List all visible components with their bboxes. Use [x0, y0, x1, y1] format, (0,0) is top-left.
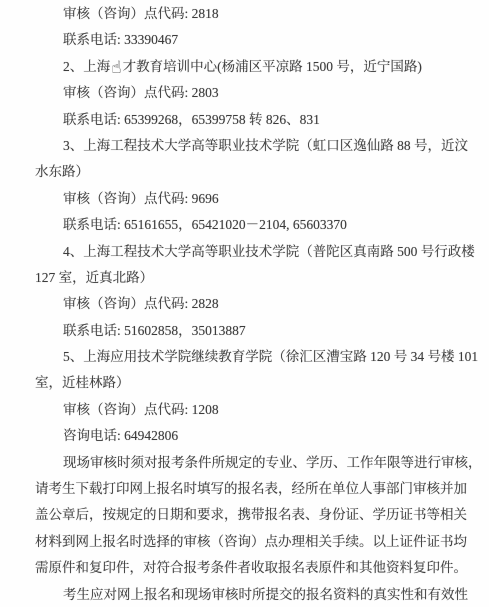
text-line: 审核（咨询）点代码: 2803 — [0, 80, 485, 106]
text-line: 2、上海☝才教育培训中心(杨浦区平凉路 1500 号，近宁国路) — [0, 54, 485, 80]
hand-cursor-icon: ☝ — [111, 60, 121, 77]
text-line: 现场审核时须对报考条件所规定的专业、学历、工作年限等进行审核， — [0, 450, 485, 476]
document-page: 审核（咨询）点代码: 2818联系电话: 333904672、上海☝才教育培训中… — [0, 0, 489, 607]
text-line: 请考生下载打印网上报名时填写的报名表，经所在单位人事部门审核并加 — [0, 476, 485, 502]
text-line: 咨询电话: 64942806 — [0, 423, 485, 449]
text-line: 审核（咨询）点代码: 1208 — [0, 397, 485, 423]
text-line: 5、上海应用技术学院继续教育学院（徐汇区漕宝路 120 号 34 号楼 101 — [0, 344, 485, 370]
text-line: 需原件和复印件，对符合报考条件者收取报名表原件和其他资料复印件。 — [0, 555, 485, 581]
text-line: 联系电话: 65399268，65399758 转 826、831 — [0, 107, 485, 133]
text-line: 考生应对网上报名和现场审核时所提交的报名资料的真实性和有效性 — [0, 582, 485, 607]
text-line: 联系电话: 33390467 — [0, 27, 485, 53]
text-line: 3、上海工程技术大学高等职业技术学院（虹口区逸仙路 88 号，近汶 — [0, 133, 485, 159]
text-line: 材料到网上报名时选择的审核（咨询）点办理相关手续。以上证件证书均 — [0, 529, 485, 555]
text-segment: 才教育培训中心(杨浦区平凉路 1500 号，近宁国路) — [123, 59, 422, 74]
text-line: 联系电话: 51602858，35013887 — [0, 318, 485, 344]
text-line: 审核（咨询）点代码: 9696 — [0, 186, 485, 212]
text-line: 水东路） — [0, 159, 485, 185]
text-line: 审核（咨询）点代码: 2828 — [0, 291, 485, 317]
text-line: 审核（咨询）点代码: 2818 — [0, 1, 485, 27]
text-line: 4、上海工程技术大学高等职业技术学院（普陀区真南路 500 号行政楼 — [0, 239, 485, 265]
text-line: 127 室，近真北路） — [0, 265, 485, 291]
document-text: 审核（咨询）点代码: 2818联系电话: 333904672、上海☝才教育培训中… — [0, 1, 485, 607]
text-segment: 2、上海 — [63, 59, 110, 74]
text-line: 联系电话: 65161655，65421020－2104, 65603370 — [0, 212, 485, 238]
text-line: 盖公章后，按规定的日期和要求，携带报名表、身份证、学历证书等相关 — [0, 502, 485, 528]
text-line: 室，近桂林路） — [0, 370, 485, 396]
